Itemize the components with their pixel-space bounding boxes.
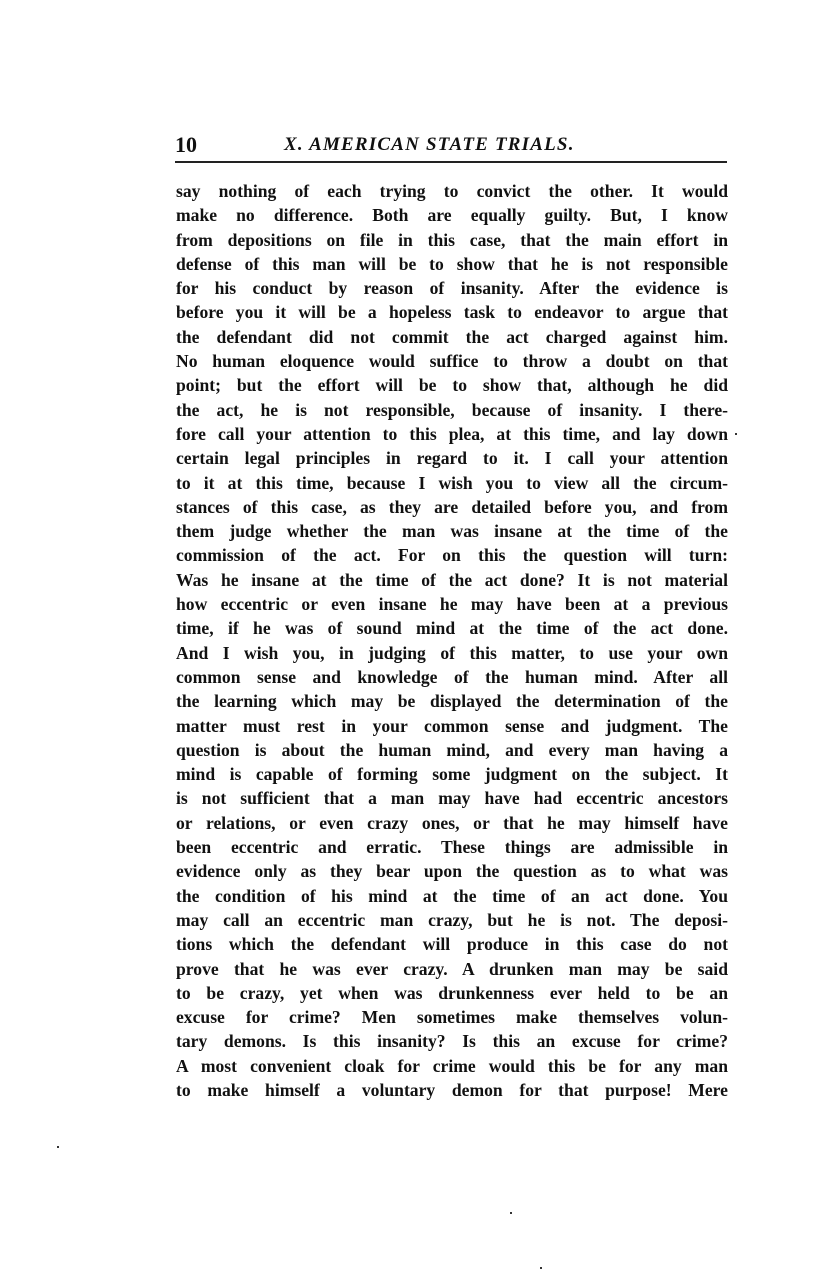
text-line: or relations, or even crazy ones, or tha… <box>176 811 728 835</box>
text-line: Was he insane at the time of the act don… <box>176 568 728 592</box>
text-line: No human eloquence would suffice to thro… <box>176 349 728 373</box>
text-line: before you it will be a hopeless task to… <box>176 300 728 324</box>
text-line: the condition of his mind at the time of… <box>176 884 728 908</box>
scan-speck <box>510 1212 512 1214</box>
text-line: excuse for crime? Men sometimes make the… <box>176 1005 728 1029</box>
running-head: 10 X. AMERICAN STATE TRIALS. <box>175 131 727 159</box>
text-line: point; but the effort will be to show th… <box>176 373 728 397</box>
text-line: And I wish you, in judging of this matte… <box>176 641 728 665</box>
text-line: certain legal principles in regard to it… <box>176 446 728 470</box>
book-page: 10 X. AMERICAN STATE TRIALS. say nothing… <box>0 0 836 1284</box>
text-line: A most convenient cloak for crime would … <box>176 1054 728 1078</box>
scan-speck <box>57 1146 59 1148</box>
text-line: to be crazy, yet when was drunkenness ev… <box>176 981 728 1005</box>
text-line: stances of this case, as they are detail… <box>176 495 728 519</box>
page-number: 10 <box>175 131 197 159</box>
text-line: say nothing of each trying to convict th… <box>176 179 728 203</box>
text-line: question is about the human mind, and ev… <box>176 738 728 762</box>
text-line: matter must rest in your common sense an… <box>176 714 728 738</box>
text-line: fore call your attention to this plea, a… <box>176 422 728 446</box>
text-line: common sense and knowledge of the human … <box>176 665 728 689</box>
text-line: to it at this time, because I wish you t… <box>176 471 728 495</box>
text-line: the defendant did not commit the act cha… <box>176 325 728 349</box>
body-text: say nothing of each trying to convict th… <box>176 179 728 1102</box>
text-line: defense of this man will be to show that… <box>176 252 728 276</box>
text-line: the act, he is not responsible, because … <box>176 398 728 422</box>
text-line: from depositions on file in this case, t… <box>176 228 728 252</box>
text-line: the learning which may be displayed the … <box>176 689 728 713</box>
text-line: commission of the act. For on this the q… <box>176 543 728 567</box>
text-line: how eccentric or even insane he may have… <box>176 592 728 616</box>
text-line: evidence only as they bear upon the ques… <box>176 859 728 883</box>
text-line: time, if he was of sound mind at the tim… <box>176 616 728 640</box>
text-line: is not sufficient that a man may have ha… <box>176 786 728 810</box>
text-line: mind is capable of forming some judgment… <box>176 762 728 786</box>
text-line: make no difference. Both are equally gui… <box>176 203 728 227</box>
text-line: to make himself a voluntary demon for th… <box>176 1078 728 1102</box>
text-line: may call an eccentric man crazy, but he … <box>176 908 728 932</box>
scan-speck <box>540 1267 542 1269</box>
text-line: tions which the defendant will produce i… <box>176 932 728 956</box>
text-line: tary demons. Is this insanity? Is this a… <box>176 1029 728 1053</box>
running-title: X. AMERICAN STATE TRIALS. <box>284 131 575 159</box>
text-line: prove that he was ever crazy. A drunken … <box>176 957 728 981</box>
scan-speck <box>735 433 737 435</box>
text-line: them judge whether the man was insane at… <box>176 519 728 543</box>
header-rule <box>175 161 727 163</box>
text-line: been eccentric and erratic. These things… <box>176 835 728 859</box>
text-line: for his conduct by reason of insanity. A… <box>176 276 728 300</box>
